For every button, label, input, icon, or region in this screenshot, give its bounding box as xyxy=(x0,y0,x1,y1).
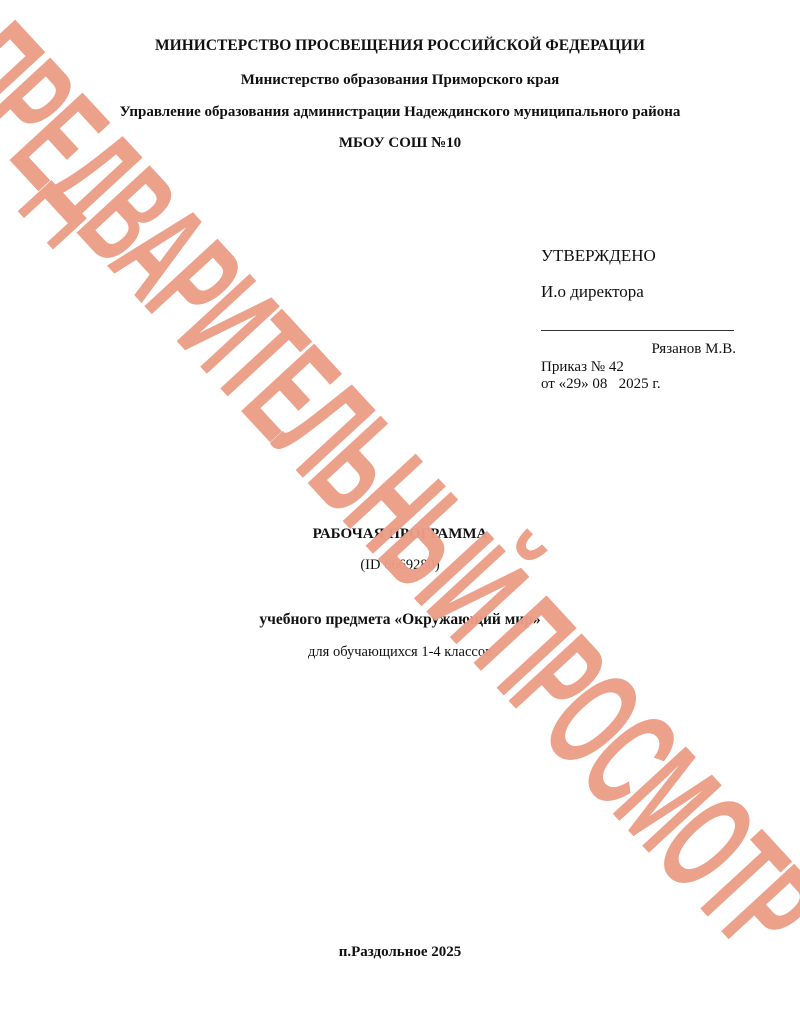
program-id: (ID 6669280) xyxy=(0,556,800,574)
program-subject: учебного предмета «Окружающий мир» xyxy=(0,611,800,629)
footer-place-year: п.Раздольное 2025 xyxy=(0,943,800,961)
ministry-federal-heading: МИНИСТЕРСТВО ПРОСВЕЩЕНИЯ РОССИЙСКОЙ ФЕДЕ… xyxy=(0,37,800,55)
document-page: МИНИСТЕРСТВО ПРОСВЕЩЕНИЯ РОССИЙСКОЙ ФЕДЕ… xyxy=(0,0,800,1024)
program-title: РАБОЧАЯ ПРОГРАММА xyxy=(0,525,800,543)
school-heading: МБОУ СОШ №10 xyxy=(0,134,800,152)
approval-role: И.о директора xyxy=(541,282,644,302)
program-audience: для обучающихся 1-4 классов xyxy=(0,643,800,661)
approver-name: Рязанов М.В. xyxy=(652,340,736,358)
department-heading: Управление образования администрации Над… xyxy=(0,103,800,121)
signature-line xyxy=(541,330,734,331)
approval-title: УТВЕРЖДЕНО xyxy=(541,246,656,266)
ministry-regional-heading: Министерство образования Приморского кра… xyxy=(0,71,800,89)
order-number: Приказ № 42 xyxy=(541,358,624,376)
order-date: от «29» 08 2025 г. xyxy=(541,375,661,393)
